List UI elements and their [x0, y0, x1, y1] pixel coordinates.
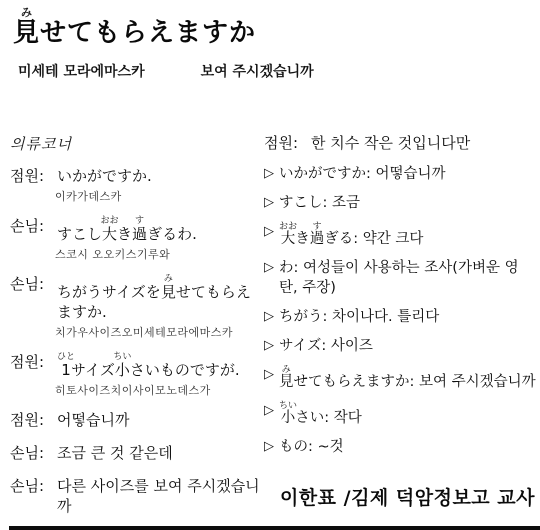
dialogue-line: 점원: いかがですか. — [10, 166, 262, 186]
dialogue-block: 점원: 1ひとサイズ小ちいさいものですが. 히토사이즈치이사이모노데스가 — [10, 352, 262, 397]
dialogue-line: 손님: すこし大おおき過すぎるわ. — [10, 216, 262, 244]
title-reading-transliteration: 미세테 모라에마스카 — [18, 61, 145, 81]
dialogue-text: すこし大おおき過すぎるわ. — [57, 216, 262, 244]
dialogue-block: 손님: 조금 큰 것 같은데 — [10, 443, 262, 463]
triangle-bullet-icon: ▷ — [264, 307, 279, 327]
dialogue-text: 어떻습니까 — [57, 410, 262, 430]
dialogue-text: 한 치수 작은 것입니다만 — [311, 133, 537, 153]
dialogue-line: 점원: 어떻습니까 — [10, 410, 262, 430]
dialogue-block: 손님: 다른 사이즈를 보여 주시겠습니까 — [10, 476, 262, 516]
dialogue-block: 점원: いかがですか. 이카가데스카 — [10, 166, 262, 203]
dialogue-text: いかがですか. — [57, 166, 262, 186]
speaker-label: 점원: — [10, 352, 57, 380]
title-block: 見みせてもらえますか 미세테 모라에마스카 보여 주시겠습니까 — [0, 0, 540, 81]
dialogue-line: 점원: 1ひとサイズ小ちいさいものですが. — [10, 352, 262, 380]
korean-pronunciation: 히토사이즈치이사이모노데스가 — [55, 384, 262, 397]
triangle-bullet-icon: ▷ — [264, 365, 279, 392]
vocab-text: わ: 여성들이 사용하는 조사(가벼운 영탄, 주장) — [279, 258, 537, 298]
vocab-text: ちがう: 차이나다. 틀리다 — [279, 307, 537, 327]
dialogue-line: 손님: ちがうサイズを見みせてもらえますか. — [10, 274, 262, 322]
two-column-body: 의류코너 점원: いかがですか. 이카가데스카 손님: すこし大おおき過すぎるわ… — [0, 133, 540, 529]
vocab-item: ▷ 大おおき過すぎる: 약간 크다 — [264, 222, 537, 249]
korean-pronunciation: 치가우사이즈오미세테모라에마스카 — [55, 326, 262, 339]
vocabulary-column: 점원: 한 치수 작은 것입니다만 ▷ いかがですか: 어떻습니까 ▷ すこし:… — [262, 133, 540, 529]
speaker-label: 손님: — [10, 216, 57, 244]
dialogue-text: 1ひとサイズ小ちいさいものですが. — [57, 352, 262, 380]
vocab-item: ▷ すこし: 조금 — [264, 193, 537, 213]
speaker-label: 손님: — [10, 274, 57, 322]
dialogue-line: 점원: 한 치수 작은 것입니다만 — [264, 133, 537, 153]
vocab-text: すこし: 조금 — [279, 193, 537, 213]
vocab-text: いかがですか: 어떻습니까 — [279, 164, 537, 184]
section-header-clothing-corner: 의류코너 — [10, 133, 262, 154]
vocab-text: 小ちいさい: 작다 — [279, 401, 537, 428]
korean-pronunciation: 스코시 오오키스기루와 — [55, 248, 262, 261]
triangle-bullet-icon: ▷ — [264, 258, 279, 298]
triangle-bullet-icon: ▷ — [264, 164, 279, 184]
dialogue-line: 손님: 다른 사이즈를 보여 주시겠습니까 — [10, 476, 262, 516]
vocab-item: ▷ わ: 여성들이 사용하는 조사(가벼운 영탄, 주장) — [264, 258, 537, 298]
title-reading-translation: 보여 주시겠습니까 — [201, 61, 314, 81]
vocab-item: ▷ ちがう: 차이나다. 틀리다 — [264, 307, 537, 327]
dialogue-text: 조금 큰 것 같은데 — [57, 443, 262, 463]
title-korean-reading: 미세테 모라에마스카 보여 주시겠습니까 — [13, 61, 540, 81]
vocab-item: ▷ いかがですか: 어떻습니까 — [264, 164, 537, 184]
page-title: 見みせてもらえますか — [13, 6, 540, 49]
speaker-label: 손님: — [10, 443, 57, 463]
triangle-bullet-icon: ▷ — [264, 401, 279, 428]
dialogue-block: 손님: すこし大おおき過すぎるわ. 스코시 오오키스기루와 — [10, 216, 262, 261]
vocab-item: ▷ 小ちいさい: 작다 — [264, 401, 537, 428]
triangle-bullet-icon: ▷ — [264, 336, 279, 356]
vocab-text: 大おおき過すぎる: 약간 크다 — [279, 222, 537, 249]
vocab-text: もの: ~것 — [279, 437, 537, 457]
triangle-bullet-icon: ▷ — [264, 193, 279, 213]
speaker-label: 점원: — [10, 410, 57, 430]
vocab-item: ▷ もの: ~것 — [264, 437, 537, 457]
bottom-border-line — [9, 526, 540, 530]
dialogue-block: 손님: ちがうサイズを見みせてもらえますか. 치가우사이즈오미세테모라에마스카 — [10, 274, 262, 339]
vocab-item: ▷ 見みせてもらえますか: 보여 주시겠습니까 — [264, 365, 537, 392]
dialogue-text: ちがうサイズを見みせてもらえますか. — [57, 274, 262, 322]
dialogue-block: 점원: 어떻습니까 — [10, 410, 262, 430]
dialogue-line: 손님: 조금 큰 것 같은데 — [10, 443, 262, 463]
speaker-label: 손님: — [10, 476, 57, 516]
dialogue-text: 다른 사이즈를 보여 주시겠습니까 — [57, 476, 262, 516]
dialogue-column: 의류코너 점원: いかがですか. 이카가데스카 손님: すこし大おおき過すぎるわ… — [0, 133, 262, 529]
author-credit: 이한표 /김제 덕암정보고 교사 — [264, 483, 537, 510]
vocab-item: ▷ サイズ: 사이즈 — [264, 336, 537, 356]
vocab-text: サイズ: 사이즈 — [279, 336, 537, 356]
speaker-label: 점원: — [264, 133, 311, 153]
vocab-text: 見みせてもらえますか: 보여 주시겠습니까 — [279, 365, 537, 392]
speaker-label: 점원: — [10, 166, 57, 186]
korean-pronunciation: 이카가데스카 — [55, 190, 262, 203]
triangle-bullet-icon: ▷ — [264, 222, 279, 249]
triangle-bullet-icon: ▷ — [264, 437, 279, 457]
